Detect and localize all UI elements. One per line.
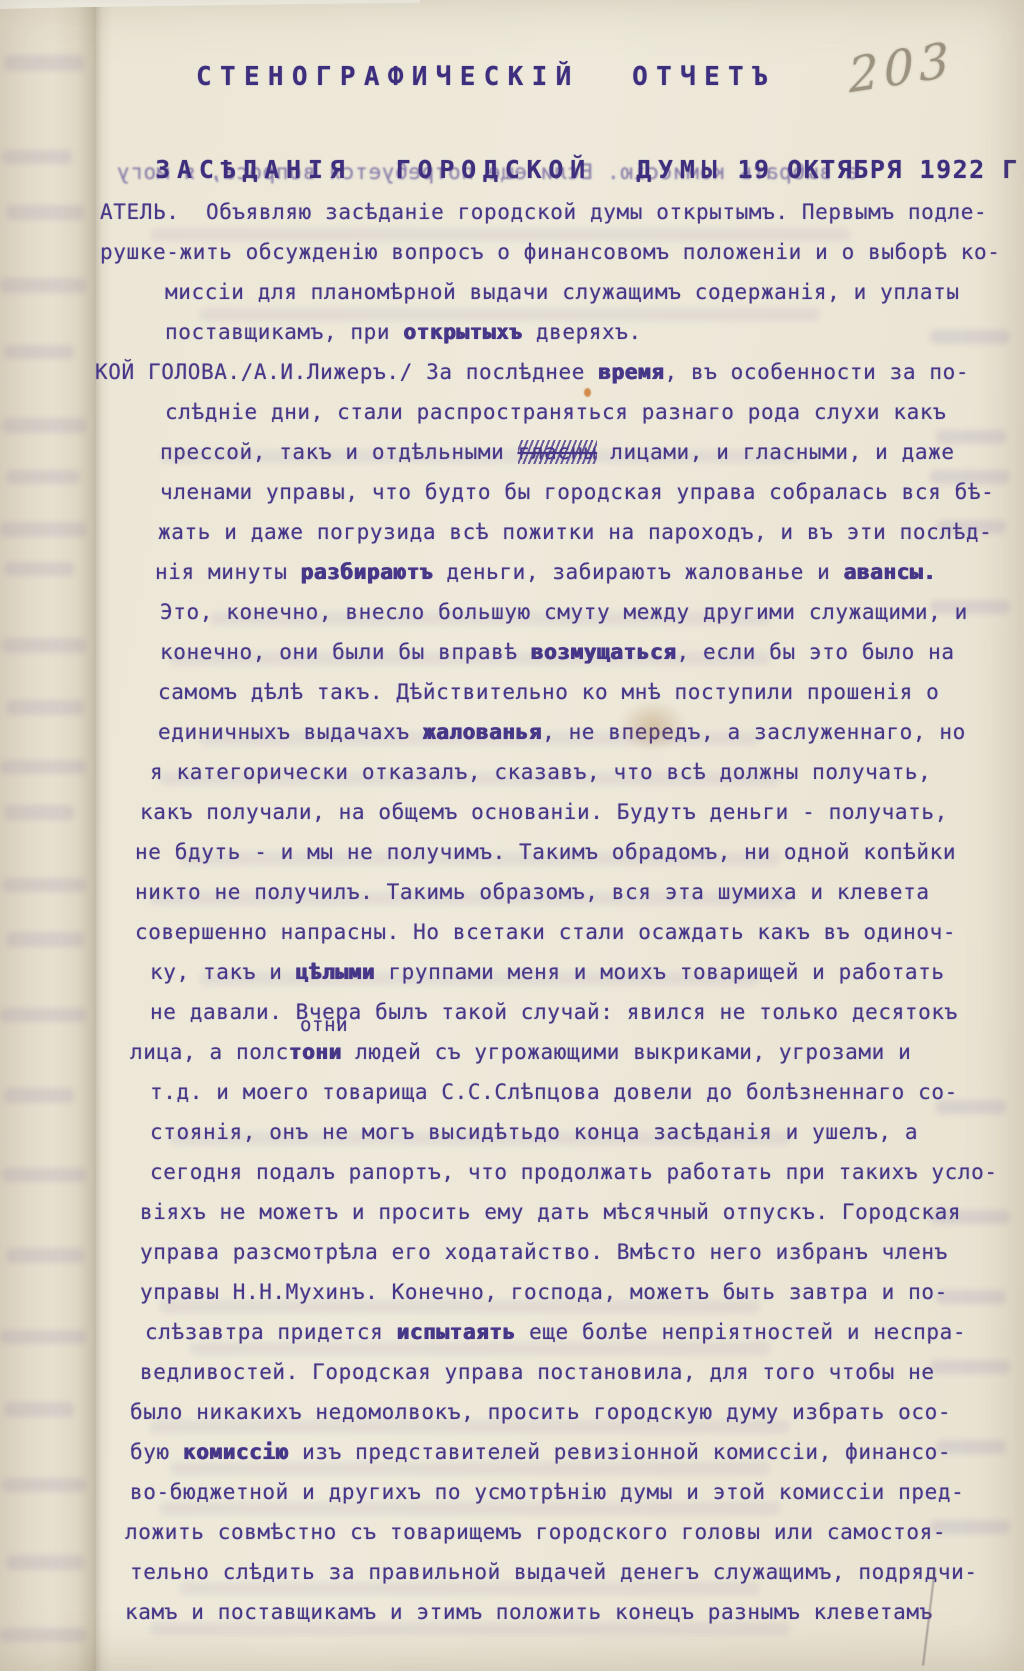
text-segment: АТЕЛЬ. Объявляю засѣданіе городской думы… <box>100 200 987 224</box>
typed-line: ку, такъ и цѣлыми группами меня и моихъ … <box>150 952 1024 992</box>
text-segment: КОЙ ГОЛОВА./А.И.Лижеръ./ За послѣднее <box>95 360 598 384</box>
text-segment: прессой, такъ и отдѣльными <box>160 440 518 464</box>
text-segment: дверяхъ. <box>523 320 642 344</box>
text-segment: во-бюджетной и другихъ по усмотрѣнію дум… <box>130 1480 964 1504</box>
interline-correction: отни <box>300 1014 348 1036</box>
struck-out-word: гласны <box>518 440 597 464</box>
text-segment: было никакихъ недомолвокъ, просить город… <box>130 1400 951 1424</box>
typed-line: сегодня подалъ рапортъ, что продолжать р… <box>150 1152 1024 1192</box>
subtitle-session-text: ЗАСѢДАНІЯ ГОРОДСКОЙ ДУМЫ <box>155 155 723 184</box>
typed-line: совершенно напрасны. Но всетаки стали ос… <box>135 912 1024 952</box>
report-title: СТЕНОГРАФИЧЕСКІЙ ОТЧЕТЪ <box>196 62 776 92</box>
typed-line: слѣдніе дни, стали распространяться разн… <box>165 392 1024 432</box>
typed-line: нія минуты разбираютъ деньги, забираютъ … <box>155 552 1024 592</box>
pencil-folio-number: 203 <box>847 32 955 105</box>
typed-line: управа разсмотрѣла его ходатайство. Вмѣс… <box>140 1232 1024 1272</box>
text-segment: ведливостей. Городская управа постановил… <box>140 1360 935 1384</box>
overstruck-word: время <box>598 360 664 384</box>
typed-line: жать и даже погрузида всѣ пожитки на пар… <box>158 512 1024 552</box>
text-segment: ложить совмѣстно съ товарищемъ городског… <box>125 1520 946 1544</box>
paper-speck <box>584 388 591 397</box>
typed-line: никто не получилъ. Такимь образомъ, вся … <box>135 872 1024 912</box>
overstruck-word: тони <box>289 1040 342 1064</box>
text-segment: стоянія, онъ не могъ высидѣтьдо конца за… <box>150 1120 918 1144</box>
text-segment: бую <box>130 1440 183 1464</box>
typed-line: ложить совмѣстно съ товарищемъ городског… <box>125 1512 1024 1552</box>
text-segment: еще болѣе непріятностей и неспра- <box>516 1320 966 1344</box>
text-segment: слѣзавтра придется <box>145 1320 397 1344</box>
text-segment: рушке-жить обсужденію вопросъ о финансов… <box>100 240 1001 264</box>
typed-line: поставщикамъ, при открытыхъ дверяхъ. <box>165 312 1024 352</box>
typed-line: камъ и поставщикамъ и этимъ положить кон… <box>125 1592 1024 1632</box>
text-segment: слѣдніе дни, стали распространяться разн… <box>165 400 946 424</box>
typed-line: я категорически отказалъ, сказавъ, что в… <box>150 752 1024 792</box>
typed-line: ведливостей. Городская управа постановил… <box>140 1352 1024 1392</box>
text-segment: камъ и поставщикамъ и этимъ положить кон… <box>125 1600 933 1624</box>
typed-line: лица, а полстони людей съ угрожающими вы… <box>130 1032 1024 1072</box>
typed-line: Это, конечно, внесло большую смуту между… <box>160 592 1024 632</box>
text-segment: тельно слѣдить за правильной выдачей ден… <box>130 1560 978 1584</box>
text-segment: сегодня подалъ рапортъ, что продолжать р… <box>150 1160 998 1184</box>
overstruck-word: авансы. <box>844 560 937 584</box>
overstruck-word: жалованья <box>423 720 542 744</box>
text-segment: какъ получали, на общемъ основаніи. Буду… <box>140 800 948 824</box>
ink-stain <box>618 700 688 752</box>
text-segment: , если бы это было на <box>677 640 955 664</box>
text-segment: лицами, и гласными, и даже <box>597 440 955 464</box>
typed-line: самомъ дѣлѣ такъ. Дѣйствительно ко мнѣ п… <box>158 672 1024 712</box>
typed-line: рушке-жить обсужденію вопросъ о финансов… <box>100 232 1024 272</box>
text-segment: , въ особенности за по- <box>664 360 969 384</box>
text-segment: конечно, они были бы вправѣ <box>160 640 531 664</box>
typed-line: было никакихъ недомолвокъ, просить город… <box>130 1392 1024 1432</box>
text-segment: управы Н.Н.Мухинъ. Конечно, господа, мож… <box>140 1280 948 1304</box>
typed-line: тельно слѣдить за правильной выдачей ден… <box>130 1552 1024 1592</box>
typed-line: единичныхъ выдачахъ жалованья, не вперед… <box>158 712 1024 752</box>
overstruck-word: возмущаться <box>531 640 677 664</box>
typed-line: т.д. и моего товарища С.С.Слѣпцова довел… <box>150 1072 1024 1112</box>
text-segment: группами меня и моихъ товарищей и работа… <box>375 960 944 984</box>
typed-line: не бдуть - и мы не получимъ. Такимъ обра… <box>135 832 1024 872</box>
text-segment: единичныхъ выдачахъ <box>158 720 423 744</box>
text-segment: віяхъ не можетъ и просить ему дать мѣсяч… <box>140 1200 961 1224</box>
text-segment: никто не получилъ. Такимь образомъ, вся … <box>135 880 930 904</box>
typed-line: во-бюджетной и другихъ по усмотрѣнію дум… <box>130 1472 1024 1512</box>
text-segment: лица, а полс <box>130 1040 289 1064</box>
overstruck-word: цѣлыми <box>296 960 375 984</box>
text-segment: миссіи для планомѣрной выдачи служащимъ … <box>165 280 960 304</box>
typed-line: АТЕЛЬ. Объявляю засѣданіе городской думы… <box>100 192 1024 232</box>
typed-line: миссіи для планомѣрной выдачи служащимъ … <box>165 272 1024 312</box>
text-segment: изъ представителей ревизіонной комиссіи,… <box>289 1440 951 1464</box>
typed-line: бую комиссію изъ представителей ревизіон… <box>130 1432 1024 1472</box>
typed-line: стоянія, онъ не могъ высидѣтьдо конца за… <box>150 1112 1024 1152</box>
text-segment: не давали. Вчера былъ такой случай: явил… <box>150 1000 958 1024</box>
typed-line: членами управы, что будто бы городская у… <box>160 472 1024 512</box>
text-segment: самомъ дѣлѣ такъ. Дѣйствительно ко мнѣ п… <box>158 680 939 704</box>
text-segment: Это, конечно, внесло большую смуту между… <box>160 600 968 624</box>
text-segment: членами управы, что будто бы городская у… <box>160 480 994 504</box>
scanned-document-page: а выбрать комиссію. Если еще потребуется… <box>0 0 1024 1671</box>
text-segment: совершенно напрасны. Но всетаки стали ос… <box>135 920 956 944</box>
text-segment: управа разсмотрѣла его ходатайство. Вмѣс… <box>140 1240 948 1264</box>
text-segment: т.д. и моего товарища С.С.Слѣпцова довел… <box>150 1080 958 1104</box>
overstruck-word: открытыхъ <box>403 320 522 344</box>
text-segment: деньги, забираютъ жалованье и <box>433 560 844 584</box>
text-segment: я категорически отказалъ, сказавъ, что в… <box>150 760 931 784</box>
typed-body: АТЕЛЬ. Объявляю засѣданіе городской думы… <box>0 192 1024 1632</box>
typed-line: управы Н.Н.Мухинъ. Конечно, господа, мож… <box>140 1272 1024 1312</box>
text-segment: людей съ угрожающими выкриками, угрозами… <box>342 1040 911 1064</box>
subtitle-date: 19 ОКТЯБРЯ 1922 Г. <box>737 155 1024 184</box>
typed-line: конечно, они были бы вправѣ возмущаться,… <box>160 632 1024 672</box>
text-segment: поставщикамъ, при <box>165 320 403 344</box>
text-segment: жать и даже погрузида всѣ пожитки на пар… <box>158 520 992 544</box>
typed-line: КОЙ ГОЛОВА./А.И.Лижеръ./ За послѣднее вр… <box>95 352 1024 392</box>
text-segment: не бдуть - и мы не получимъ. Такимъ обра… <box>135 840 956 864</box>
typed-line: слѣзавтра придется испытаять еще болѣе н… <box>145 1312 1024 1352</box>
typed-line: прессой, такъ и отдѣльными гласны лицами… <box>160 432 1024 472</box>
overstruck-word: испытаять <box>397 1320 516 1344</box>
text-segment: ку, такъ и <box>150 960 296 984</box>
overstruck-word: разбираютъ <box>301 560 433 584</box>
typed-line: віяхъ не можетъ и просить ему дать мѣсяч… <box>140 1192 1024 1232</box>
typed-line: не давали. Вчера былъ такой случай: явил… <box>150 992 1024 1032</box>
typed-line: какъ получали, на общемъ основаніи. Буду… <box>140 792 1024 832</box>
overstruck-word: комиссію <box>183 1440 289 1464</box>
text-segment: , не впередъ, а заслуженнаго, но <box>542 720 966 744</box>
text-segment: нія минуты <box>155 560 301 584</box>
